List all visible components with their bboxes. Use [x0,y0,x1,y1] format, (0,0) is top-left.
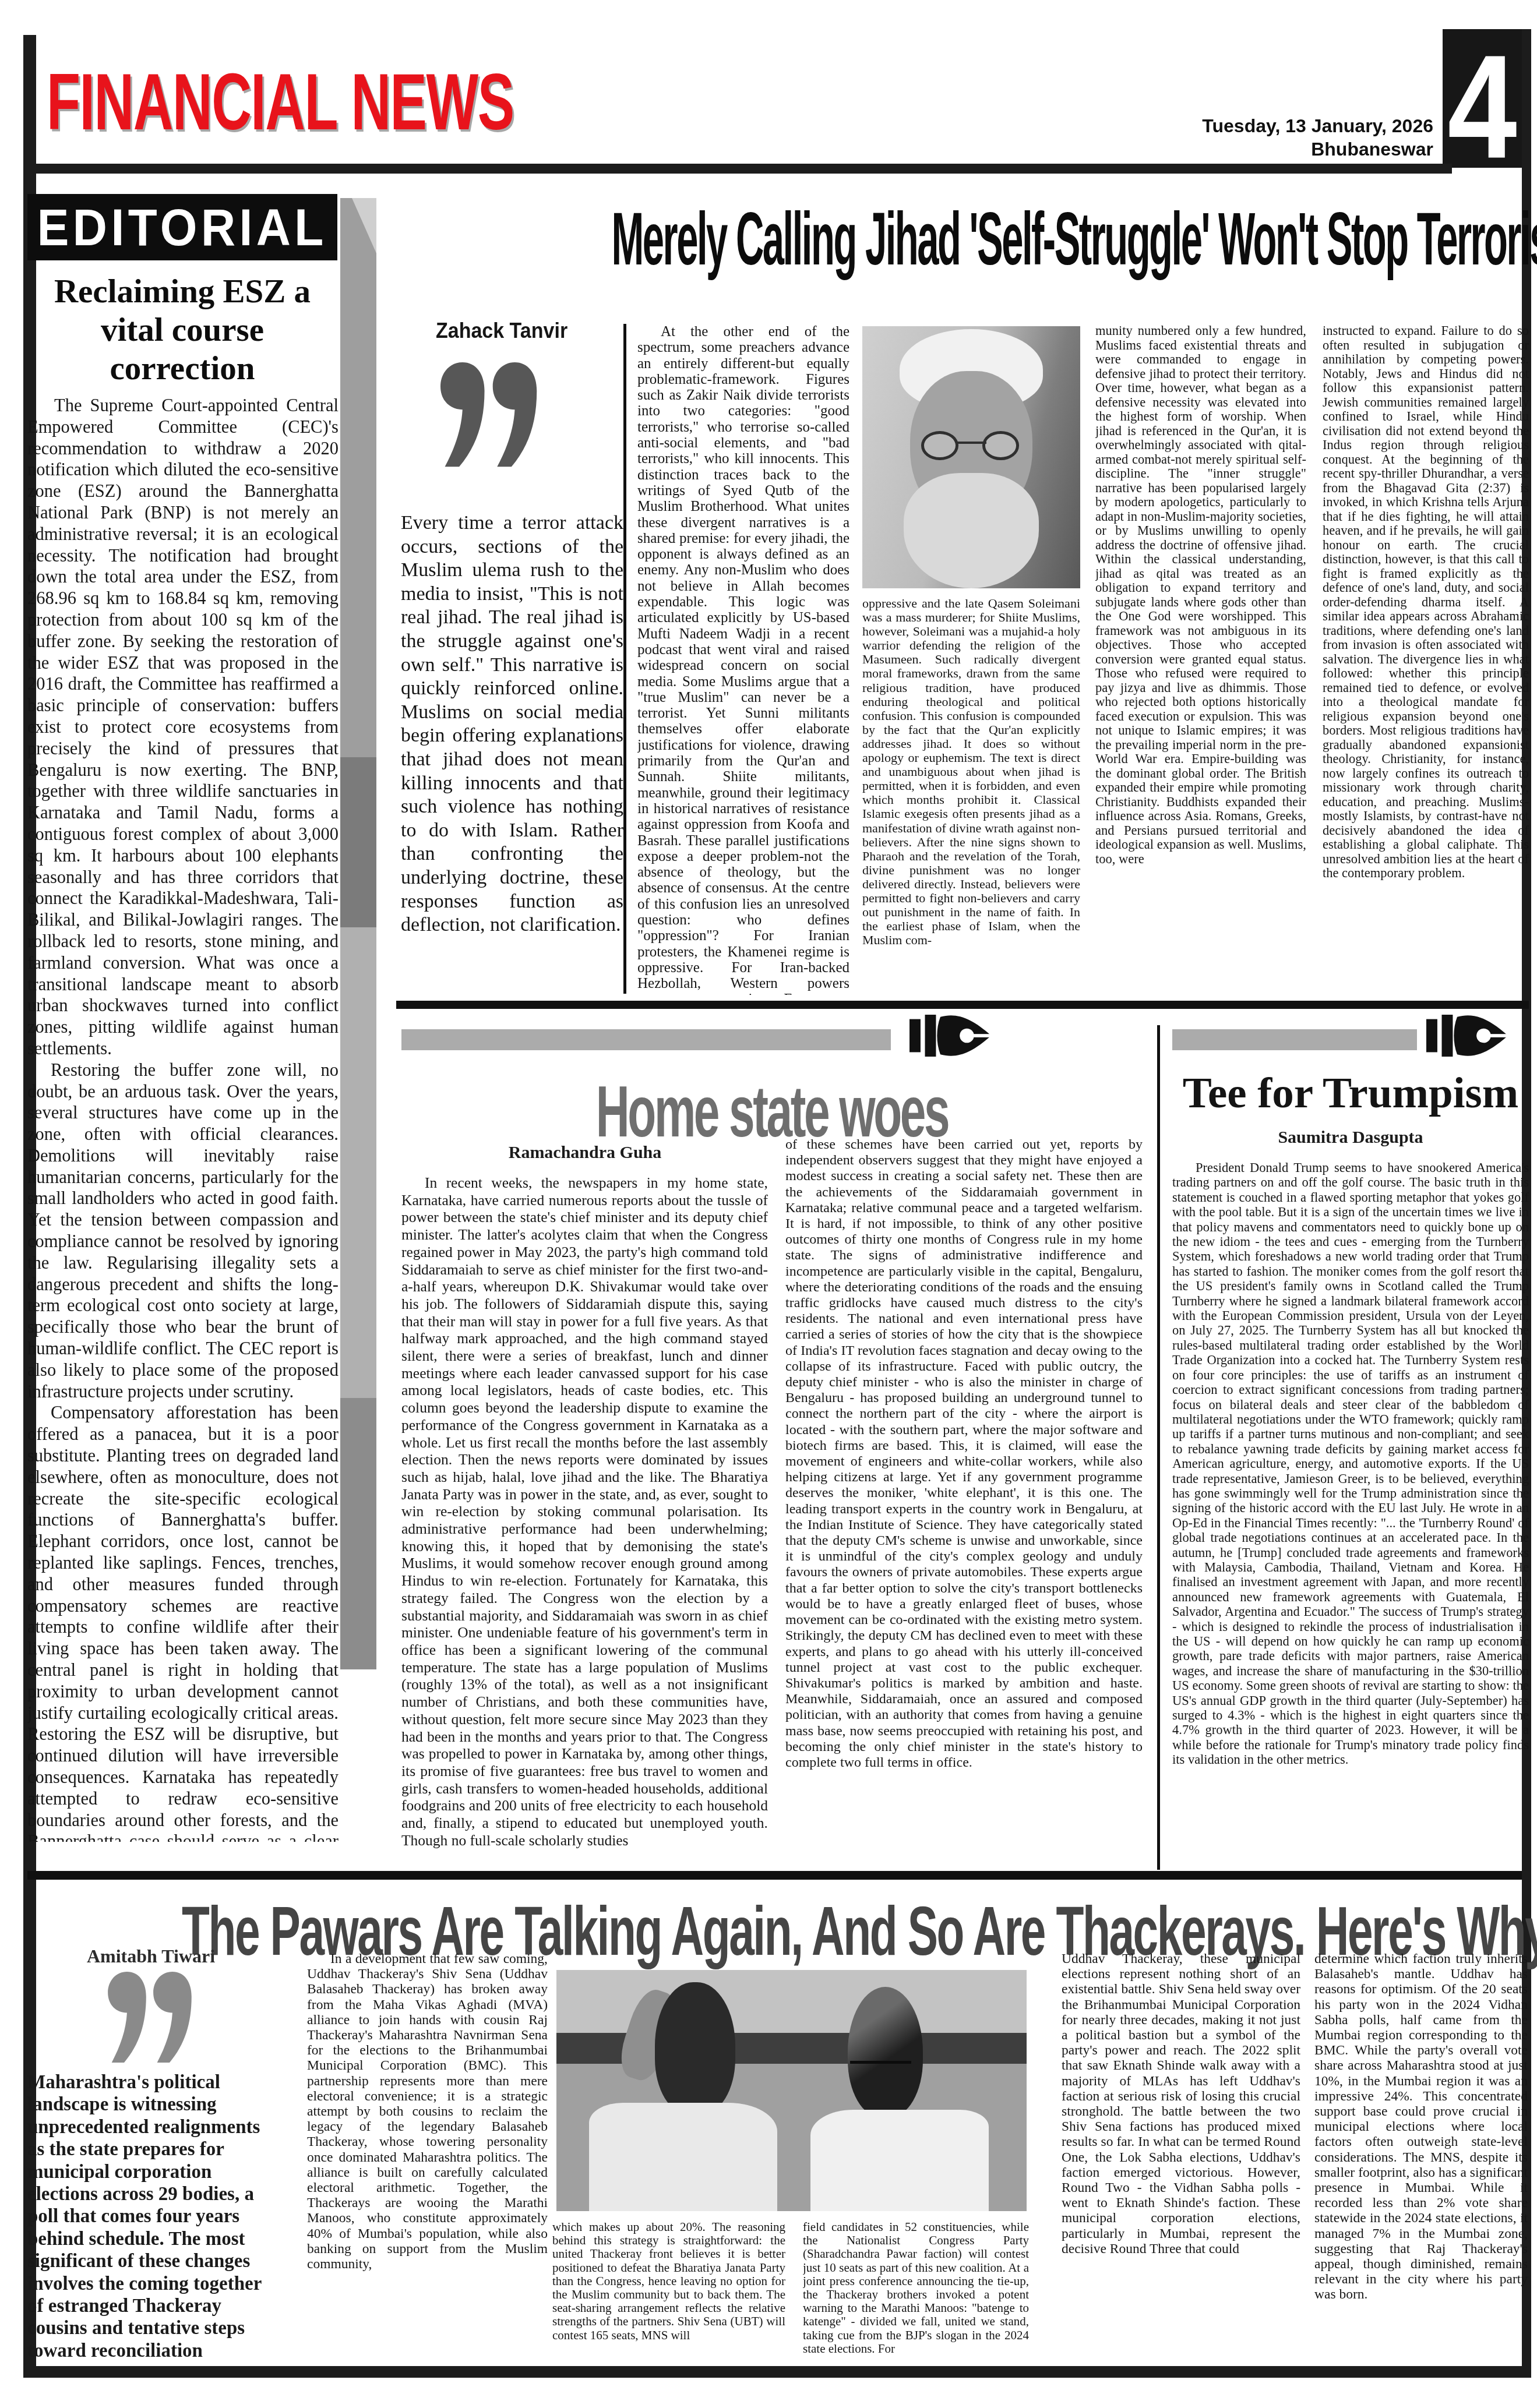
section-divider-rule [396,1001,1529,1009]
jihad-article-byline: Zahack Tanvir [436,319,567,344]
pen-nib-icon [1426,1012,1509,1062]
home-state-woes-article: Home state woes Ramachandra Guha In rece… [401,1012,1143,1871]
quote-icon [96,1972,206,2068]
jihad-pull-quote: Every time a terror attack occurs, secti… [401,511,623,972]
edition-city: Bhubaneswar [1025,137,1433,161]
pawars-column-3a: which makes up about 20%. The reasoning … [552,2220,785,2366]
photo-person-left [655,1982,735,2115]
quote-icon [440,348,540,491]
pawars-column-5: determine which faction truly inherits B… [1314,1951,1528,2366]
pawar-leaders-photo [556,1970,1027,2211]
editorial-label: EDITORIAL [37,197,327,257]
pawars-article-byline: Amitabh Tiwari [27,1946,274,1967]
header-rule [36,164,1452,174]
photo-glasses [921,431,958,460]
page-number-box: 4 [1443,29,1522,168]
page-border-bottom [23,2366,1531,2378]
decorative-bar [1172,1029,1417,1050]
photo-person-right-shirt [810,2110,989,2211]
pawars-column-3b: field candidates in 52 constituencies, w… [803,2220,1029,2366]
jihad-column-5: instructed to expand. Failure to do so o… [1323,324,1529,995]
column-rule [1157,1025,1160,1870]
jihad-column-4: munity numbered only a few hundred, Musl… [1095,324,1306,995]
photo-glasses-bridge [956,442,986,444]
masthead-title: FINANCIAL NEWS [47,56,514,147]
side-bar-segment [340,198,376,757]
home-state-woes-column-1: In recent weeks, the newspapers in my ho… [401,1174,768,1867]
decorative-bar [401,1029,891,1050]
pawars-column-2: In a development that few saw coming, Ud… [307,1951,548,2366]
editorial-banner: EDITORIAL [27,194,337,260]
pen-nib-icon [909,1012,992,1062]
pawars-column-4: Uddhav Thackeray, these municipal electi… [1062,1951,1300,2366]
column-rule [623,324,626,994]
editorial-side-bar [340,198,376,1669]
side-bar-segment [340,927,376,1398]
editorial-headline: Reclaiming ESZ a vital course correction [27,273,337,388]
jihad-column-2: At the other end of the spectrum, some p… [637,324,849,995]
pawars-pull-quote: Maharashtra's political landscape is wit… [27,2071,274,2365]
tee-for-trumpism-article: Tee for Trumpism Saumitra Dasgupta Presi… [1172,1012,1529,1871]
photo-person-left-shirt [589,2103,777,2211]
side-bar-notch [352,198,376,253]
pawars-column-1: Amitabh Tiwari Maharashtra's political l… [27,1946,274,2365]
home-state-woes-byline: Ramachandra Guha [401,1143,768,1163]
jihad-article-headline: Merely Calling Jihad 'Self-Struggle' Won… [612,196,1314,282]
photo-person-right-glasses [850,2052,911,2064]
cleric-portrait-photo [862,326,1080,588]
section-divider-rule [27,1871,1522,1880]
home-state-woes-column-2: of these schemes have been carried out y… [785,1137,1143,1867]
tee-for-trumpism-headline: Tee for Trumpism [1172,1068,1529,1118]
editorial-body: The Supreme Court-appointed Central Empo… [27,395,339,1842]
jihad-column-3: oppressive and the late Qasem Soleimani … [862,326,1080,995]
side-bar-segment [340,1398,376,1669]
newspaper-page: FINANCIAL NEWS 4 Tuesday, 13 January, 20… [0,0,1537,2408]
jihad-column-3-text: oppressive and the late Qasem Soleimani … [862,596,1080,947]
photo-glasses [982,431,1020,460]
page-number: 4 [1447,47,1517,168]
tee-for-trumpism-byline: Saumitra Dasgupta [1172,1128,1529,1147]
edition-date: Tuesday, 13 January, 2026 [1025,114,1433,137]
tee-for-trumpism-body: President Donald Trump seems to have sno… [1172,1160,1529,1866]
dateline: Tuesday, 13 January, 2026 Bhubaneswar [1025,114,1433,161]
photo-beard [904,473,1039,588]
side-bar-segment [340,757,376,927]
